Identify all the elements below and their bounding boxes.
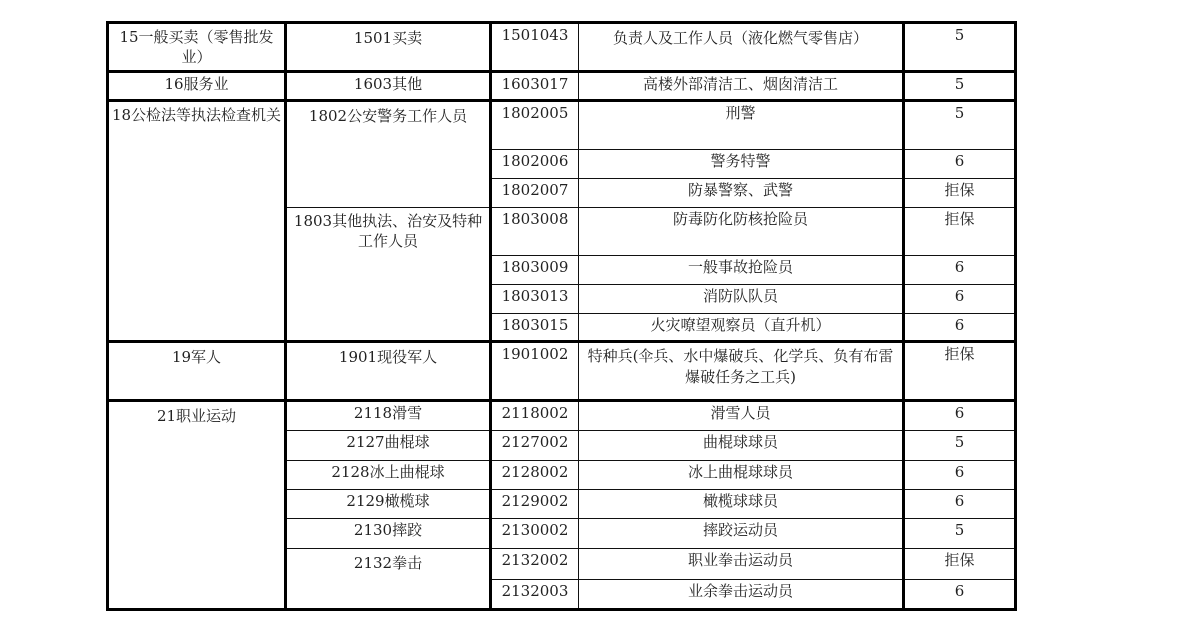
category-cell: 18公检法等执法检查机关 <box>108 101 286 342</box>
code-cell: 1603017 <box>491 72 579 101</box>
risk-level-cell: 5 <box>904 431 1016 461</box>
occupation-cell: 防暴警察、武警 <box>579 179 904 208</box>
category-cell: 19军人 <box>108 342 286 401</box>
occupation-cell: 特种兵(伞兵、水中爆破兵、化学兵、负有布雷爆破任务之工兵) <box>579 342 904 401</box>
risk-level-cell: 拒保 <box>904 179 1016 208</box>
code-cell: 1803009 <box>491 256 579 285</box>
subcategory-cell: 1901现役军人 <box>286 342 491 401</box>
risk-level-cell: 6 <box>904 150 1016 179</box>
risk-level-cell: 6 <box>904 285 1016 314</box>
subcategory-cell: 2128冰上曲棍球 <box>286 461 491 490</box>
occupation-cell: 摔跤运动员 <box>579 519 904 549</box>
subcategory-cell: 1802公安警务工作人员 <box>286 101 491 208</box>
code-cell: 1803008 <box>491 208 579 256</box>
code-cell: 1802005 <box>491 101 579 150</box>
occupation-cell: 滑雪人员 <box>579 401 904 431</box>
occupation-cell: 橄榄球球员 <box>579 490 904 519</box>
code-cell: 2129002 <box>491 490 579 519</box>
occupation-cell: 消防队队员 <box>579 285 904 314</box>
risk-level-cell: 6 <box>904 580 1016 610</box>
subcategory-cell: 1603其他 <box>286 72 491 101</box>
risk-level-cell: 6 <box>904 401 1016 431</box>
subcategory-cell: 1501买卖 <box>286 23 491 72</box>
subcategory-cell: 1803其他执法、治安及特种工作人员 <box>286 208 491 342</box>
risk-level-cell: 6 <box>904 314 1016 342</box>
code-cell: 1802007 <box>491 179 579 208</box>
risk-level-cell: 5 <box>904 101 1016 150</box>
code-cell: 1803013 <box>491 285 579 314</box>
occupation-cell: 火灾嘹望观察员（直升机） <box>579 314 904 342</box>
occupation-cell: 职业拳击运动员 <box>579 549 904 580</box>
occupation-cell: 曲棍球球员 <box>579 431 904 461</box>
code-cell: 2118002 <box>491 401 579 431</box>
occupation-cell: 负责人及工作人员（液化燃气零售店） <box>579 23 904 72</box>
code-cell: 2132003 <box>491 580 579 610</box>
subcategory-cell: 2127曲棍球 <box>286 431 491 461</box>
risk-level-cell: 5 <box>904 23 1016 72</box>
subcategory-cell: 2129橄榄球 <box>286 490 491 519</box>
occupation-cell: 刑警 <box>579 101 904 150</box>
risk-level-cell: 6 <box>904 256 1016 285</box>
code-cell: 2130002 <box>491 519 579 549</box>
table-row: 15一般买卖（零售批发业） 1501买卖 1501043 负责人及工作人员（液化… <box>108 23 1016 72</box>
risk-level-cell: 6 <box>904 461 1016 490</box>
occupation-cell: 防毒防化防核抢险员 <box>579 208 904 256</box>
code-cell: 1803015 <box>491 314 579 342</box>
table-row: 19军人 1901现役军人 1901002 特种兵(伞兵、水中爆破兵、化学兵、负… <box>108 342 1016 401</box>
code-cell: 2128002 <box>491 461 579 490</box>
subcategory-cell: 2118滑雪 <box>286 401 491 431</box>
category-cell: 16服务业 <box>108 72 286 101</box>
code-cell: 1901002 <box>491 342 579 401</box>
occupation-cell: 业余拳击运动员 <box>579 580 904 610</box>
risk-level-cell: 6 <box>904 490 1016 519</box>
occupation-cell: 警务特警 <box>579 150 904 179</box>
risk-level-cell: 拒保 <box>904 208 1016 256</box>
code-cell: 1501043 <box>491 23 579 72</box>
table-row: 16服务业 1603其他 1603017 高楼外部清洁工、烟囱清洁工 5 <box>108 72 1016 101</box>
subcategory-cell: 2132拳击 <box>286 549 491 610</box>
code-cell: 2132002 <box>491 549 579 580</box>
occupation-risk-table: 15一般买卖（零售批发业） 1501买卖 1501043 负责人及工作人员（液化… <box>106 21 1017 611</box>
occupation-cell: 冰上曲棍球球员 <box>579 461 904 490</box>
occupation-cell: 高楼外部清洁工、烟囱清洁工 <box>579 72 904 101</box>
subcategory-cell: 2130摔跤 <box>286 519 491 549</box>
risk-level-cell: 拒保 <box>904 342 1016 401</box>
code-cell: 1802006 <box>491 150 579 179</box>
occupation-cell: 一般事故抢险员 <box>579 256 904 285</box>
risk-level-cell: 5 <box>904 519 1016 549</box>
risk-level-cell: 拒保 <box>904 549 1016 580</box>
risk-level-cell: 5 <box>904 72 1016 101</box>
category-cell: 15一般买卖（零售批发业） <box>108 23 286 72</box>
table-row: 18公检法等执法检查机关 1802公安警务工作人员 1802005 刑警 5 <box>108 101 1016 150</box>
category-cell: 21职业运动 <box>108 401 286 610</box>
table-row: 21职业运动 2118滑雪 2118002 滑雪人员 6 <box>108 401 1016 431</box>
code-cell: 2127002 <box>491 431 579 461</box>
